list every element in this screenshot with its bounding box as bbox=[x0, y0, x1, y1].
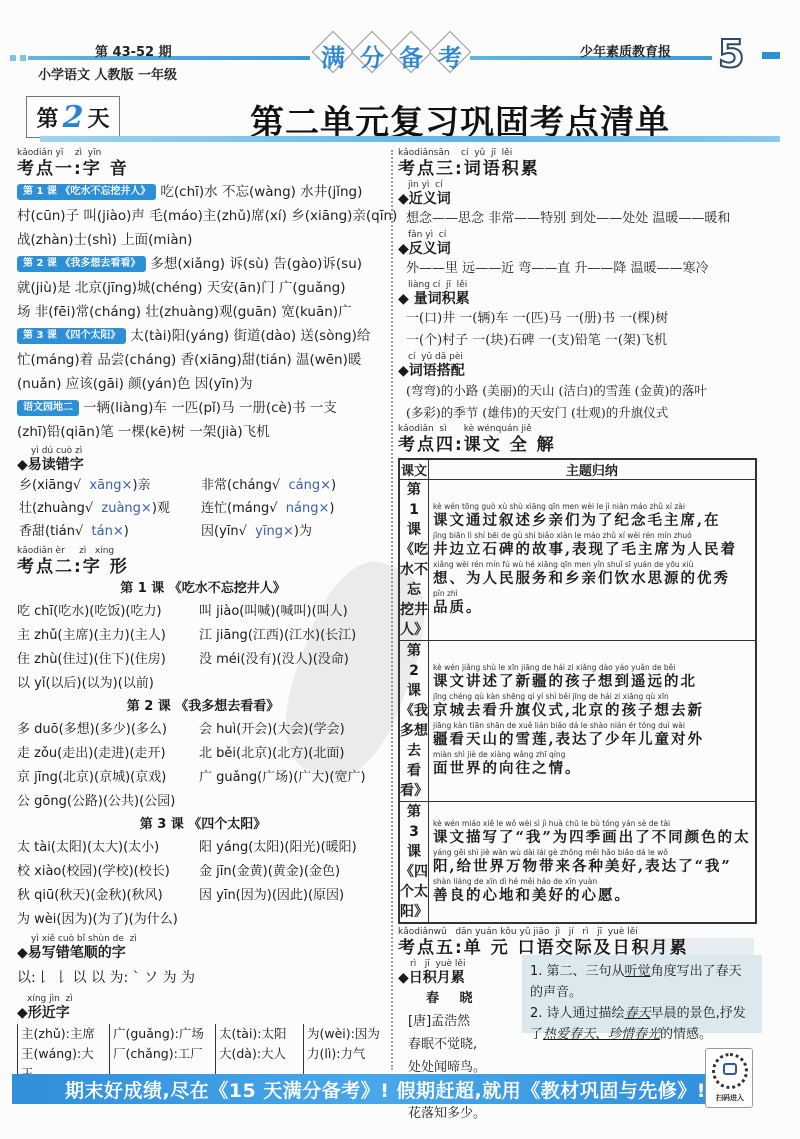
lesson-title: 第 3 课 《四个太阳》 bbox=[17, 814, 389, 836]
pinyin: kǎodiǎnsān cí yǔ jī lěi bbox=[398, 148, 766, 158]
lesson-block: 第 2 课 《我多想去看看》多想(xiǎng) 诉(sù) 告(gào)诉(su… bbox=[17, 252, 389, 324]
poem-notes-box: 1. 第二、三句从听觉角度写出了春天的声音。 2. 诗人通过描绘春天早晨的景色,… bbox=[522, 955, 762, 1033]
subject-label: 小学语文 人教版 一年级 bbox=[38, 64, 177, 83]
antonyms-list: 外——里 远——近 弯——直 升——降 温暖——寒冷 bbox=[398, 258, 766, 280]
pinyin: yì dú cuò zì bbox=[17, 446, 389, 456]
table-row: 第 1 课 《吃水不忘 挖井人》 kè wén tōng guò xù shù … bbox=[399, 480, 756, 641]
qr-center-icon bbox=[723, 1063, 737, 1075]
left-column: kǎodiǎn yī zì yīn 考点一:字 音 第 1 课 《吃水不忘挖井人… bbox=[17, 148, 389, 1084]
page-number: 5 bbox=[718, 32, 744, 76]
logo-diamond: 备 bbox=[392, 33, 430, 71]
lesson-block: 语文园地二一辆(liàng)车 一匹(pǐ)马 一册(cè)书 一支 (zhī)… bbox=[17, 396, 389, 444]
section-logo: 满 分 备 考 bbox=[314, 33, 470, 71]
table-header-row: 课文 主题归纳 bbox=[399, 459, 756, 480]
note-item: 1. 第二、三句从听觉角度写出了春天的声音。 bbox=[530, 961, 754, 1003]
lesson-block: 第 1 课 《吃水不忘挖井人》吃(chī)水 不忘(wàng) 水井(jǐng)… bbox=[17, 180, 389, 252]
lesson-tag: 第 1 课 《吃水不忘挖井人》 bbox=[17, 184, 156, 200]
misread-grid: 乡(xiāng√ xāng×)亲 非常(cháng√ cáng×) 壮(zhuà… bbox=[19, 474, 389, 543]
pinyin: liàng cí jī lěi bbox=[398, 280, 766, 290]
lesson-name: 第 2 课 《我多想去 看看》 bbox=[399, 641, 429, 802]
pinyin: cí yǔ dā pèi bbox=[398, 352, 766, 362]
header-decoration bbox=[10, 55, 16, 61]
pinyin: fǎn yì cí bbox=[398, 230, 766, 240]
pinyin: kǎodiǎn èr zì xíng bbox=[17, 546, 389, 556]
issue-number: 第 43-52 期 bbox=[95, 41, 172, 60]
misread-item: 乡(xiāng√ xāng×)亲 bbox=[19, 474, 201, 497]
logo-diamond: 满 bbox=[314, 33, 352, 71]
column-divider bbox=[391, 150, 393, 1070]
pinyin: xíng jìn zì bbox=[17, 994, 389, 1004]
section-heading: 考点三:词语积累 bbox=[398, 158, 766, 180]
table-row: 第 2 课 《我多想去 看看》 kè wén jiǎng shù le xīn … bbox=[399, 641, 756, 802]
subsection-heading: ◆形近字 bbox=[17, 1004, 389, 1022]
qr-code[interactable]: 扫码进入 bbox=[705, 1048, 753, 1108]
word-grid: 吃 chī(吃水)(吃饭)(吃力)叫 jiào(叫喊)(喊叫)(叫人) 主 zh… bbox=[17, 600, 389, 696]
lesson-summary: kè wén jiǎng shù le xīn jiāng de hái zi … bbox=[429, 641, 756, 802]
section-heading: 考点一:字 音 bbox=[17, 158, 389, 180]
word-grid: 太 tài(太阳)(太大)(太小)阳 yáng(太阳)(阳光)(暖阳) 校 xi… bbox=[17, 836, 389, 932]
pinyin: kǎodiǎn sì kè wénquán jiě bbox=[398, 424, 766, 434]
pinyin: kǎodiǎn yī zì yīn bbox=[17, 148, 389, 158]
misread-item: 因(yīn√ yīng×)为 bbox=[201, 520, 383, 543]
stroke-order-text: 以:𠄌 𠄌 以 以 为: ` ソ 为 为 bbox=[17, 966, 389, 990]
misread-item: 非常(cháng√ cáng×) bbox=[201, 474, 383, 497]
misread-item: 壮(zhuàng√ zuàng×)观 bbox=[19, 497, 201, 520]
subsection-heading: ◆近义词 bbox=[398, 190, 766, 208]
lesson-name: 第 3 课 《四个太阳》 bbox=[399, 802, 429, 924]
section-heading: 考点二:字 形 bbox=[17, 556, 389, 578]
lesson-title: 第 1 课 《吃水不忘挖井人》 bbox=[17, 578, 389, 600]
misread-item: 香甜(tián√ tán×) bbox=[19, 520, 201, 543]
column-header: 主题归纳 bbox=[429, 459, 756, 480]
subsection-heading: ◆词语搭配 bbox=[398, 362, 766, 380]
subsection-heading: ◆易读错字 bbox=[17, 456, 389, 474]
synonyms-list: 想念——思念 非常——特别 到处——处处 温暖——暖和 bbox=[398, 208, 766, 230]
logo-diamond: 分 bbox=[353, 33, 391, 71]
note-item: 2. 诗人通过描绘春天早晨的景色,抒发了热爱春天、珍惜春光的情感。 bbox=[530, 1003, 754, 1045]
day-badge: 第 2 天 bbox=[26, 96, 120, 138]
qr-label: 扫码进入 bbox=[706, 1093, 754, 1103]
pinyin: yì xiě cuò bǐ shùn de zì bbox=[17, 934, 389, 944]
subsection-heading: ◆反义词 bbox=[398, 240, 766, 258]
section-heading: 考点四:课文 全 解 bbox=[398, 434, 766, 456]
newspaper-page: 第 43-52 期 小学语文 人教版 一年级 满 分 备 考 少年素质教育报 5… bbox=[0, 0, 800, 1139]
word-grid: 多 duō(多想)(多少)(多么)会 huì(开会)(大会)(学会) 走 zǒu… bbox=[17, 718, 389, 814]
lesson-tag: 语文园地二 bbox=[17, 400, 79, 416]
lesson-summary-table: 课文 主题归纳 第 1 课 《吃水不忘 挖井人》 kè wén tōng guò… bbox=[398, 458, 757, 924]
lesson-summary: kè wén tōng guò xù shù xiāng qīn men wèi… bbox=[429, 480, 756, 641]
logo-diamond: 考 bbox=[431, 33, 469, 71]
lesson-summary: kè wén miáo xiě le wǒ wèi sì jì huà chū … bbox=[429, 802, 756, 924]
subsection-heading: ◆易写错笔顺的字 bbox=[17, 944, 389, 962]
pinyin: kǎodiǎnwǔ dān yuán kǒu yǔ jiāo jì jí rì … bbox=[398, 927, 766, 937]
promo-text: 期末好成绩,尽在《15 天满分备考》! 假期赶超,就用《教材巩固与先修》! bbox=[65, 1076, 706, 1103]
header-decoration bbox=[762, 52, 780, 59]
subsection-heading: ◆ 量词积累 bbox=[398, 290, 766, 308]
column-header: 课文 bbox=[399, 459, 429, 480]
pinyin: jìn yì cí bbox=[398, 180, 766, 190]
day-number: 2 bbox=[63, 100, 84, 135]
lesson-block: 第 3 课 《四个太阳》太(tài)阳(yáng) 街道(dào) 送(sòng… bbox=[17, 324, 389, 396]
misread-item: 连忙(máng√ náng×) bbox=[201, 497, 383, 520]
newspaper-name: 少年素质教育报 bbox=[580, 41, 671, 60]
header-decoration bbox=[20, 55, 26, 61]
page-header: 第 43-52 期 小学语文 人教版 一年级 满 分 备 考 少年素质教育报 5 bbox=[0, 0, 800, 92]
lesson-title: 第 2 课 《我多想去看看》 bbox=[17, 696, 389, 718]
lesson-tag: 第 2 课 《我多想去看看》 bbox=[17, 256, 146, 272]
title-underline bbox=[40, 136, 780, 142]
lesson-name: 第 1 课 《吃水不忘 挖井人》 bbox=[399, 480, 429, 641]
table-row: 第 3 课 《四个太阳》 kè wén miáo xiě le wǒ wèi s… bbox=[399, 802, 756, 924]
lesson-tag: 第 3 课 《四个太阳》 bbox=[17, 328, 126, 344]
